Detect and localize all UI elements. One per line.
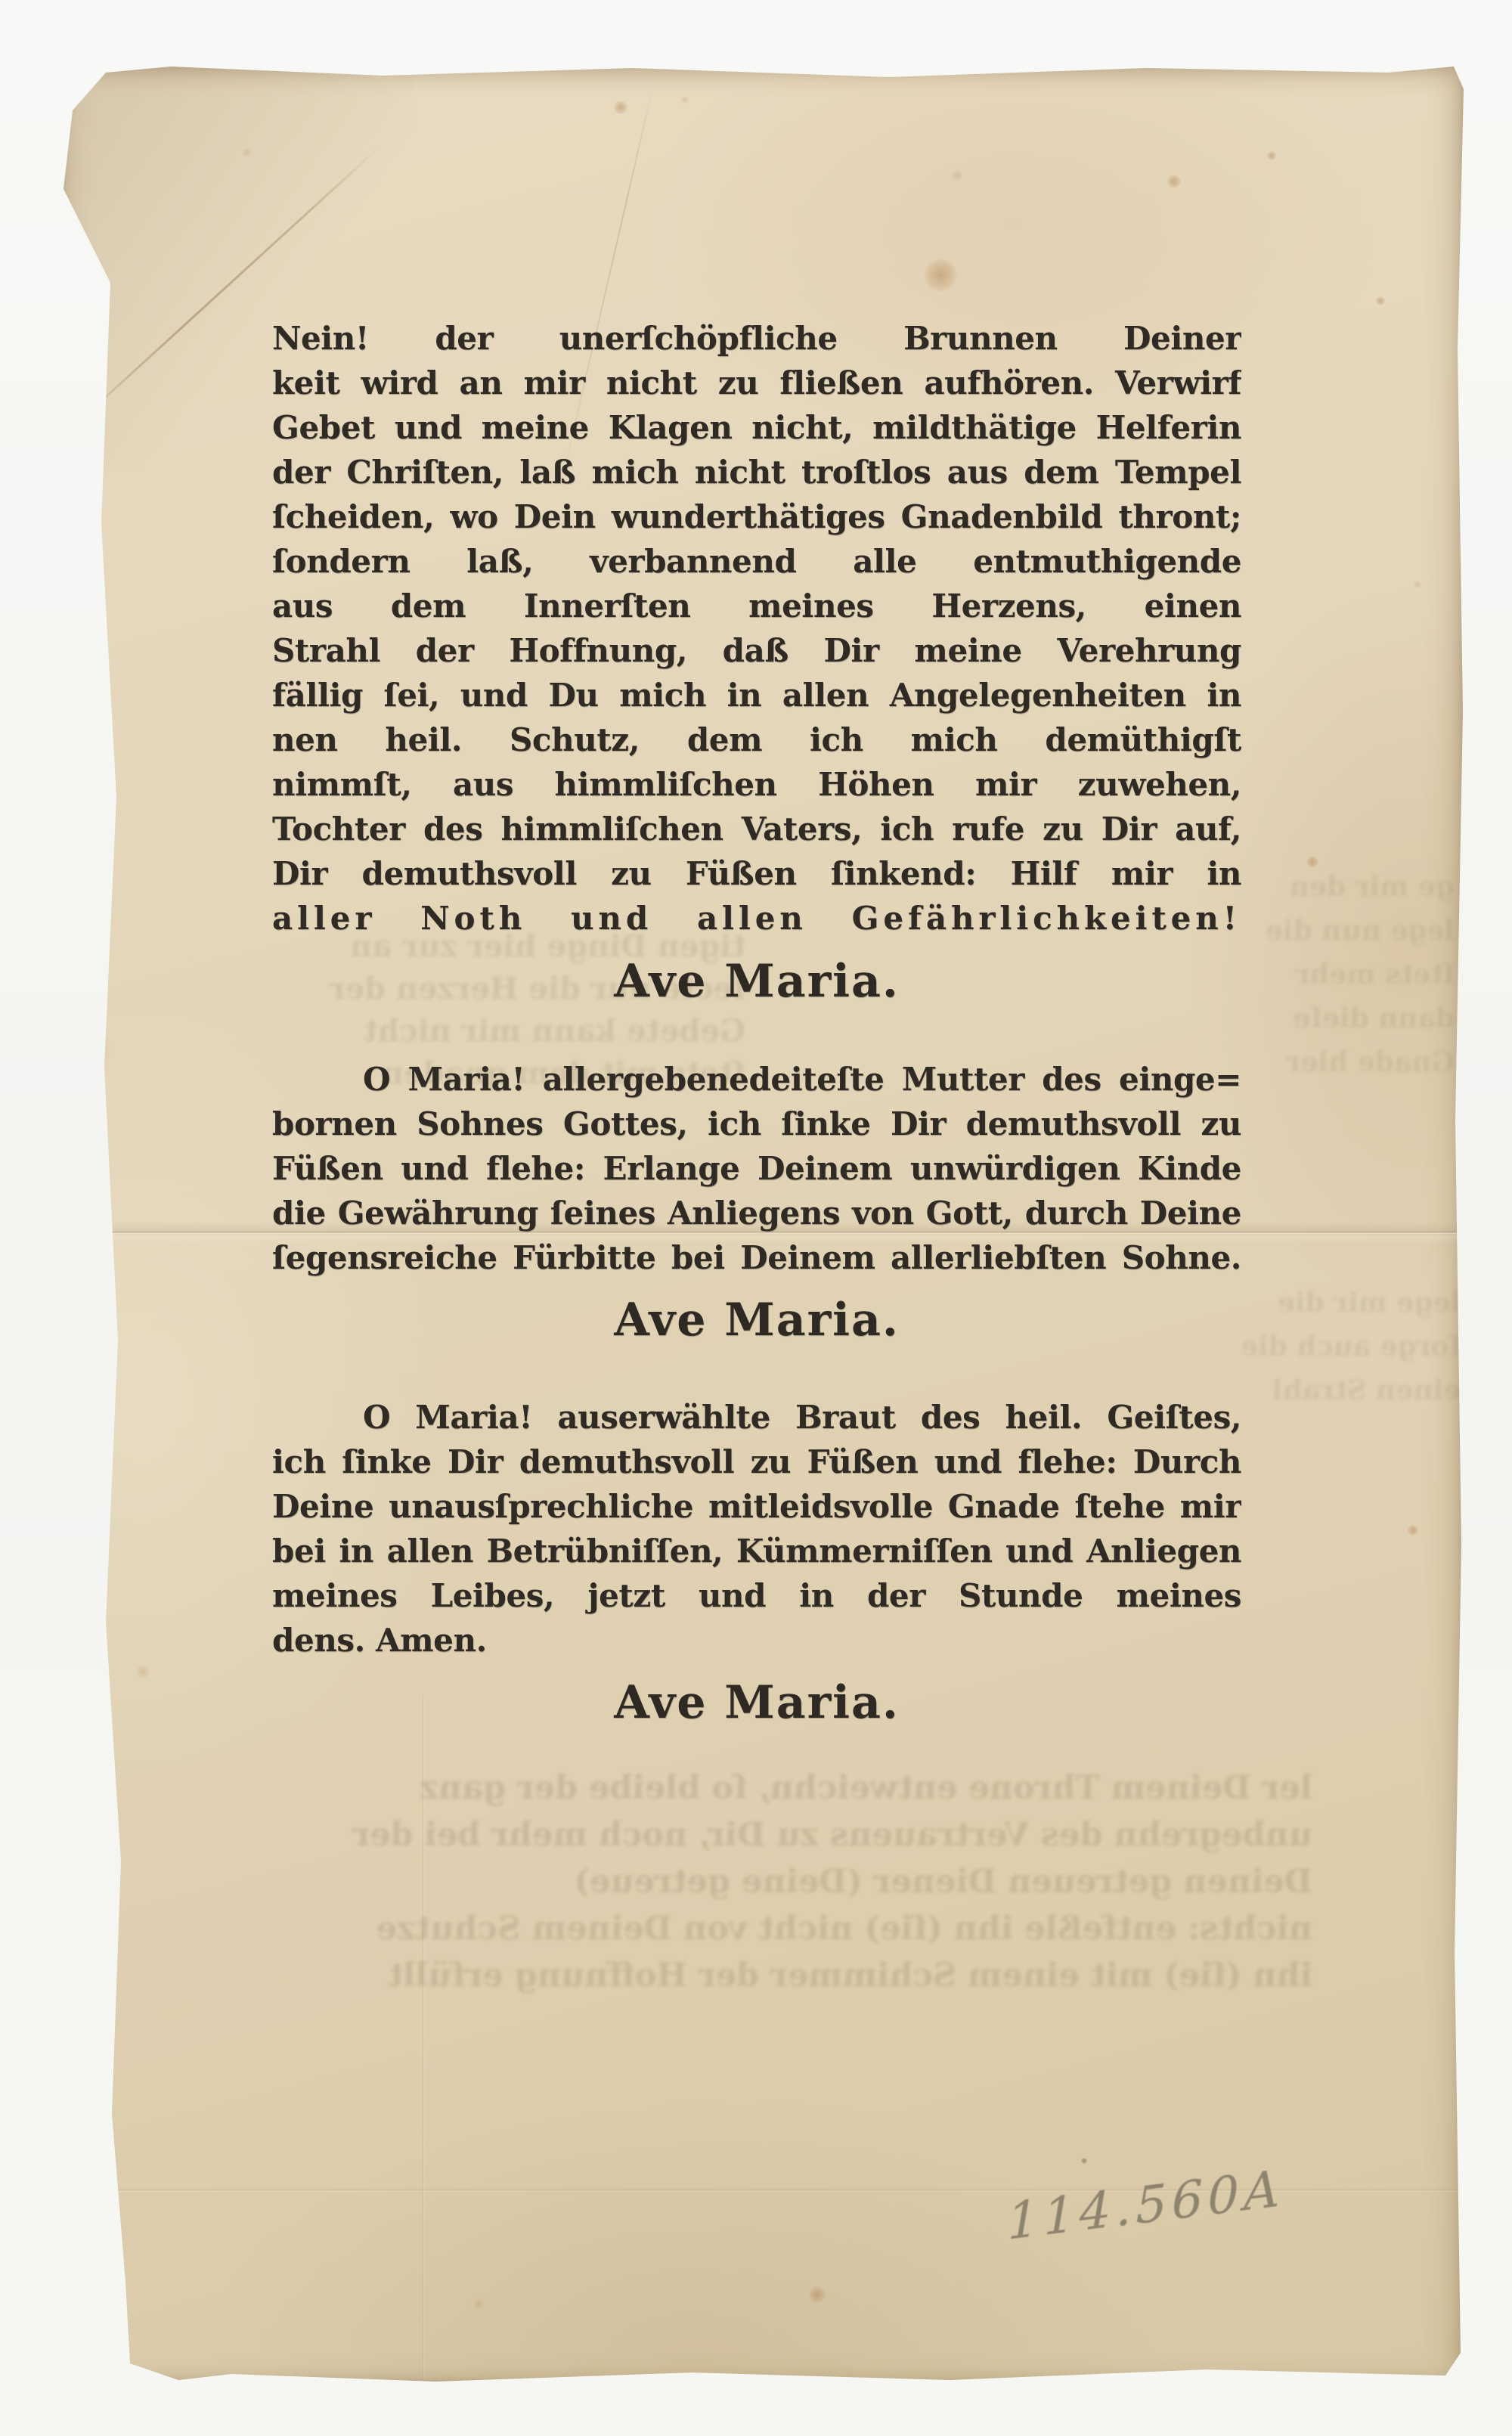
text-line: ſcheiden, wo Dein wunderthätiges Gnadenb…: [272, 494, 1241, 539]
bleedthrough-line: einen Strahl: [1234, 1368, 1461, 1412]
text-line: Gebet und meine Klagen nicht, mildthätig…: [272, 405, 1241, 450]
bleedthrough-line: Gebete kann mir nicht: [307, 1010, 745, 1052]
foxing-spot: [614, 101, 627, 114]
foxing-spot: [809, 2286, 826, 2303]
bleedthrough-line: ſtets mehr: [1234, 953, 1455, 996]
edge-smudge: [57, 1022, 110, 1075]
text-line-emphasized: aller Noth und allen Gefährlichkeiten!: [272, 896, 1241, 941]
text-line: Füßen und flehe: Erlange Deinem unwürdig…: [272, 1146, 1241, 1191]
text-line: Nein! der unerſchöpfliche Brunnen Deiner…: [272, 316, 1241, 361]
paper-sheet: tigen Dinge hier zur an fecte nur die He…: [57, 62, 1465, 2385]
text-line: ſegensreiche Fürbitte bei Deinem allerli…: [272, 1235, 1241, 1280]
bleedthrough-line: ler Deinem Throne entweichn, ſo bleibe d…: [278, 1765, 1312, 1812]
text-line: Dir demuthsvoll zu Füßen ſinkend: Hilf m…: [272, 851, 1241, 896]
text-line: nimmſt, aus himmliſchen Höhen mir zuwehe…: [272, 762, 1241, 807]
section-heading-ave-maria-2: Ave Maria.: [272, 1293, 1241, 1347]
foxing-spot: [681, 96, 689, 104]
bleedthrough-text-block: lege mir die ſorge auch die einen Strahl: [1234, 1281, 1461, 1412]
text-line: bornen Sohnes Gottes, ich ſinke Dir demu…: [272, 1102, 1241, 1146]
text-line: O Maria! allergebenedeiteſte Mutter des …: [272, 1057, 1241, 1102]
foxing-spot: [1376, 296, 1385, 305]
section-heading-ave-maria-3: Ave Maria.: [272, 1675, 1241, 1730]
bleedthrough-line: lege nun die: [1234, 909, 1455, 953]
bleedthrough-line: Deinen getreuen Diener (Deine getreue): [278, 1858, 1312, 1905]
text-line: nen heil. Schutz, dem ich mich demüthigſ…: [272, 717, 1241, 762]
bleedthrough-line: nichts: entfeßle ihn (ſie) nicht von Dei…: [278, 1905, 1312, 1952]
bleedthrough-line: Gnade hier: [1234, 1040, 1455, 1084]
foxing-spot: [1408, 1525, 1418, 1536]
paragraph-2: O Maria! allergebenedeiteſte Mutter des …: [272, 1057, 1241, 1280]
paragraph-3: O Maria! auserwählte Braut des heil. Gei…: [272, 1395, 1241, 1663]
bleedthrough-line: dann dieſe: [1234, 996, 1455, 1040]
foxing-spot: [1267, 151, 1276, 160]
bleedthrough-line: ſorge auch die: [1234, 1325, 1461, 1368]
pencil-inventory-number: 114.560A: [1007, 2159, 1284, 2251]
text-line: Deine unausſprechliche mitleidsvolle Gna…: [272, 1484, 1241, 1529]
text-line: aus dem Innerſten meines Herzens, einen …: [272, 584, 1241, 628]
text-line: dens. Amen.: [272, 1618, 1241, 1663]
text-line: die Gewährung ſeines Anliegens von Gott,…: [272, 1191, 1241, 1235]
section-heading-ave-maria-1: Ave Maria.: [272, 954, 1241, 1009]
ink-fleck: [1081, 2158, 1087, 2164]
text-line: Strahl der Hoffnung, daß Dir meine Vereh…: [272, 628, 1241, 673]
bleedthrough-line: lege mir die: [1234, 1281, 1461, 1325]
text-line: keit wird an mir nicht zu fließen aufhör…: [272, 361, 1241, 405]
bleedthrough-text-block: ge mir den lege nun die ſtets mehr dann …: [1234, 865, 1455, 1084]
foxing-spot: [136, 1665, 150, 1678]
foxing-spot: [242, 148, 251, 157]
foxing-spot: [924, 259, 957, 292]
scanned-document-view: tigen Dinge hier zur an fecte nur die He…: [0, 0, 1512, 2436]
text-line: bei in allen Betrübniſſen, Kümmerniſſen …: [272, 1529, 1241, 1573]
foxing-spot: [1167, 175, 1181, 188]
text-line: meines Leibes, jetzt und in der Stunde m…: [272, 1573, 1241, 1618]
foxing-spot: [951, 169, 963, 181]
bleedthrough-line: ihn (ſie) mit einem Schimmer der Hoffnun…: [278, 1952, 1312, 1999]
text-line: der Chriſten, laß mich nicht troſtlos au…: [272, 450, 1241, 494]
text-line: ſondern laß, verbannend alle entmuthigen…: [272, 539, 1241, 584]
text-line: Tochter des himmliſchen Vaters, ich rufe…: [272, 807, 1241, 851]
text-line: ich ſinke Dir demuthsvoll zu Füßen und f…: [272, 1440, 1241, 1484]
text-line: O Maria! auserwählte Braut des heil. Gei…: [272, 1395, 1241, 1440]
text-line: fällig ſei, und Du mich in allen Angeleg…: [272, 673, 1241, 717]
paragraph-1: Nein! der unerſchöpfliche Brunnen Deiner…: [272, 316, 1241, 941]
bleedthrough-text-block: ler Deinem Throne entweichn, ſo bleibe d…: [278, 1765, 1312, 1999]
bleedthrough-line: ge mir den: [1234, 865, 1455, 909]
foxing-spot: [473, 2298, 484, 2309]
foxing-spot: [1414, 581, 1421, 588]
bleedthrough-line: unbegrehn des Vertrauens zu Dir, noch me…: [278, 1812, 1312, 1858]
